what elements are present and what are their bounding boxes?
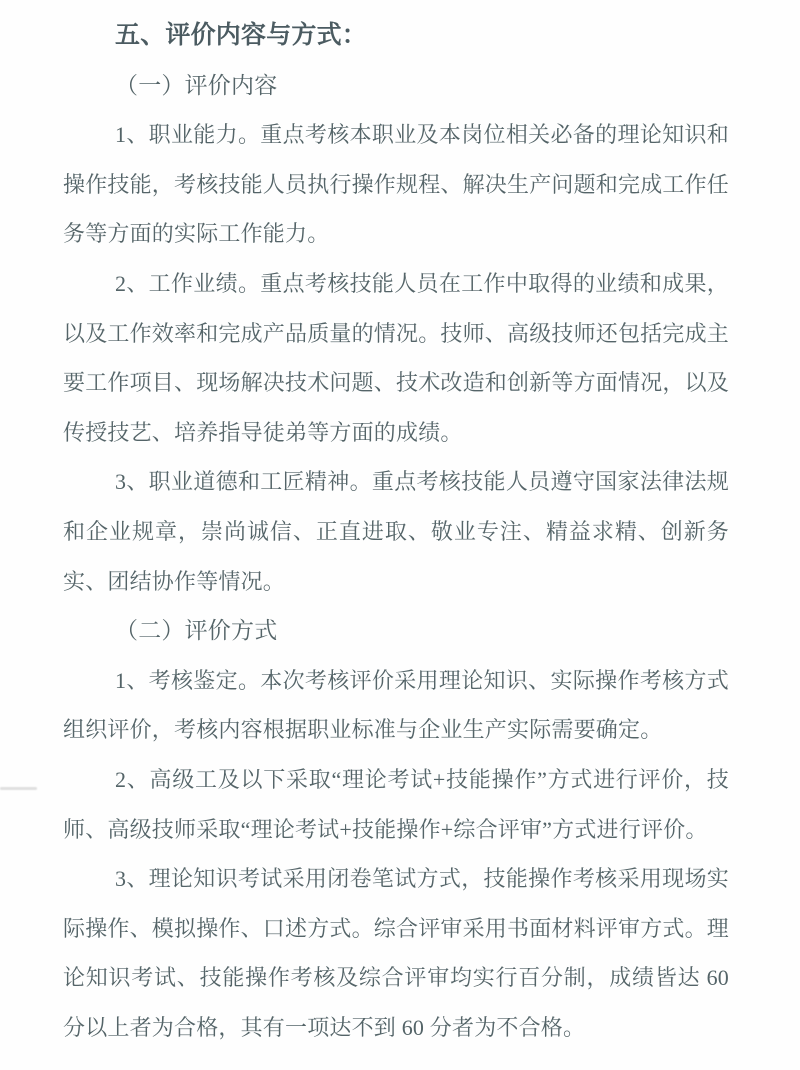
paragraph-ethics-craftsmanship: 3、职业道德和工匠精神。重点考核技能人员遵守国家法律法规和企业规章，崇尚诚信、正… [63, 457, 729, 606]
document-body: 五、评价内容与方式： （一）评价内容 1、职业能力。重点考核本职业及本岗位相关必… [63, 11, 729, 1052]
section-heading-evaluation-content: （一）评价内容 [63, 61, 729, 111]
document-title: 五、评价内容与方式： [63, 11, 729, 61]
scanned-document-page: 五、评价内容与方式： （一）评价内容 1、职业能力。重点考核本职业及本岗位相关必… [0, 0, 800, 1070]
scan-artifact-line [0, 787, 37, 790]
section-heading-evaluation-method: （二）评价方式 [63, 606, 729, 656]
paragraph-assessment-appraisal: 1、考核鉴定。本次考核评价采用理论知识、实际操作考核方式组织评价，考核内容根据职… [63, 656, 729, 755]
paragraph-occupational-ability: 1、职业能力。重点考核本职业及本岗位相关必备的理论知识和操作技能，考核技能人员执… [63, 110, 729, 259]
paragraph-exam-format-scoring: 3、理论知识考试采用闭卷笔试方式，技能操作考核采用现场实际操作、模拟操作、口述方… [63, 854, 729, 1052]
paragraph-work-performance: 2、工作业绩。重点考核技能人员在工作中取得的业绩和成果，以及工作效率和完成产品质… [63, 259, 729, 457]
paragraph-evaluation-approach: 2、高级工及以下采取“理论考试+技能操作”方式进行评价，技师、高级技师采取“理论… [63, 755, 729, 854]
